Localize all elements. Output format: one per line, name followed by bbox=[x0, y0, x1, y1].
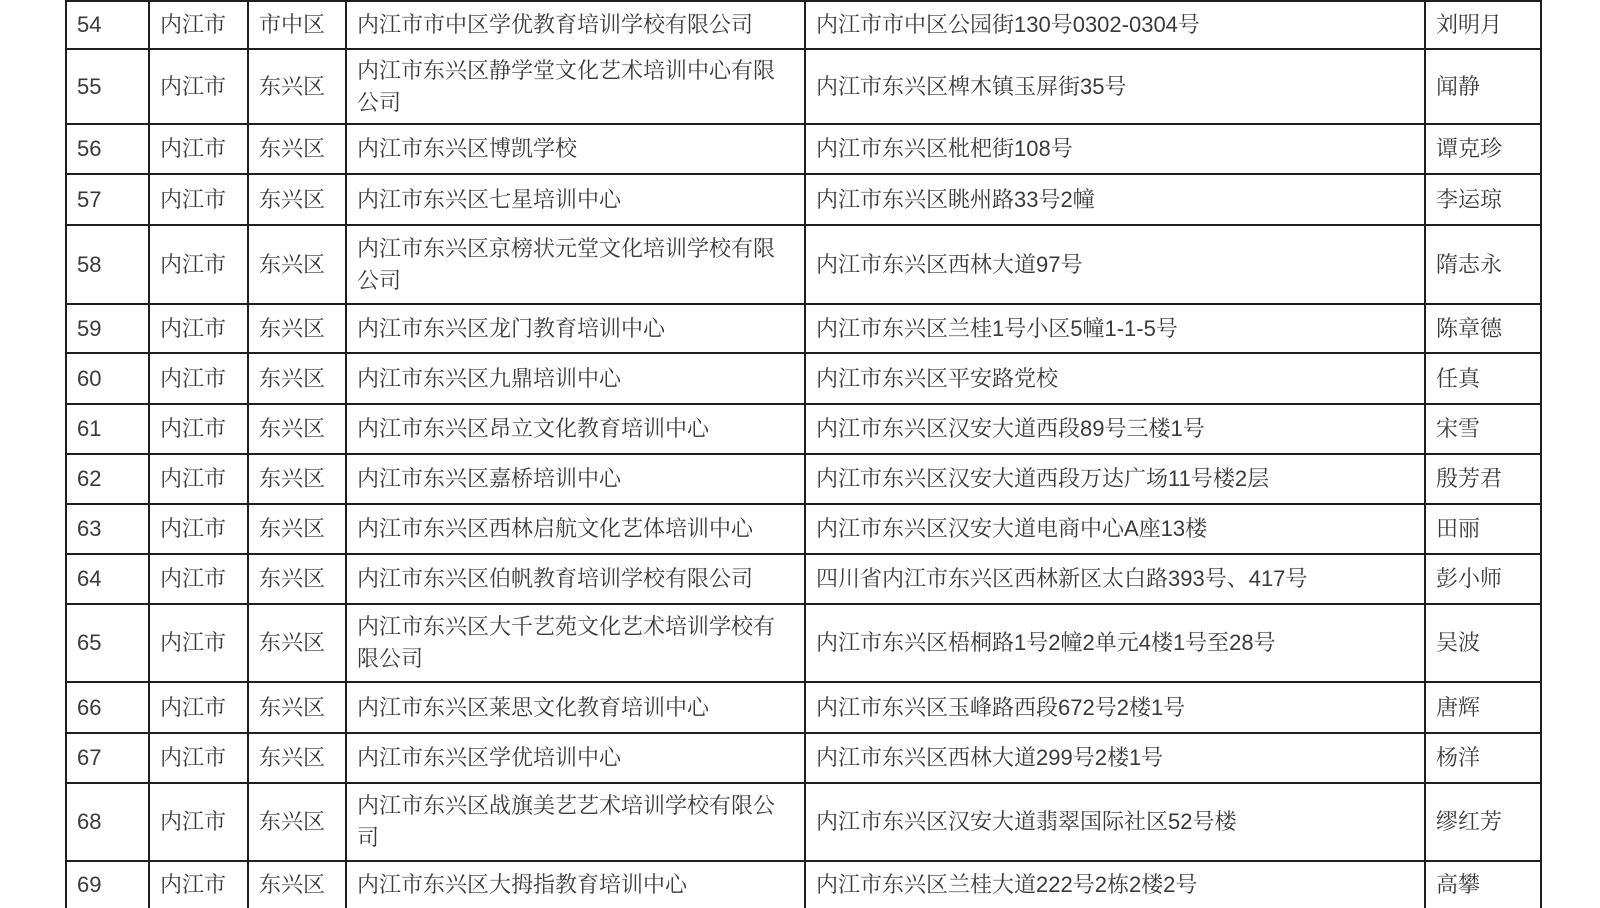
cell-no: 59 bbox=[66, 304, 149, 353]
table-row: 63内江市东兴区内江市东兴区西林启航文化艺体培训中心内江市东兴区汉安大道电商中心… bbox=[66, 504, 1541, 554]
cell-name: 内江市东兴区嘉桥培训中心 bbox=[346, 454, 805, 504]
cell-contact: 李运琼 bbox=[1425, 174, 1541, 225]
cell-address: 内江市东兴区兰桂大道222号2栋2楼2号 bbox=[805, 861, 1425, 908]
table-row: 56内江市东兴区内江市东兴区博凯学校内江市东兴区枇杷街108号谭克珍 bbox=[66, 124, 1541, 174]
table-row: 64内江市东兴区内江市东兴区伯帆教育培训学校有限公司四川省内江市东兴区西林新区太… bbox=[66, 554, 1541, 604]
cell-district: 东兴区 bbox=[248, 174, 346, 225]
cell-city: 内江市 bbox=[149, 49, 248, 124]
cell-contact: 杨洋 bbox=[1425, 733, 1541, 783]
table-row: 60内江市东兴区内江市东兴区九鼎培训中心内江市东兴区平安路党校任真 bbox=[66, 353, 1541, 404]
table-row: 59内江市东兴区内江市东兴区龙门教育培训中心内江市东兴区兰桂1号小区5幢1-1-… bbox=[66, 304, 1541, 353]
cell-city: 内江市 bbox=[149, 304, 248, 353]
cell-name: 内江市东兴区战旗美艺艺术培训学校有限公司 bbox=[346, 783, 805, 861]
cell-district: 东兴区 bbox=[248, 404, 346, 454]
cell-city: 内江市 bbox=[149, 353, 248, 404]
cell-address: 内江市东兴区椑木镇玉屏街35号 bbox=[805, 49, 1425, 124]
cell-name: 内江市东兴区莱思文化教育培训中心 bbox=[346, 682, 805, 733]
cell-address: 内江市东兴区汉安大道电商中心A座13楼 bbox=[805, 504, 1425, 554]
cell-name: 内江市东兴区九鼎培训中心 bbox=[346, 353, 805, 404]
cell-city: 内江市 bbox=[149, 554, 248, 604]
cell-name: 内江市东兴区静学堂文化艺术培训中心有限公司 bbox=[346, 49, 805, 124]
table-row: 62内江市东兴区内江市东兴区嘉桥培训中心内江市东兴区汉安大道西段万达广场11号楼… bbox=[66, 454, 1541, 504]
cell-address: 内江市东兴区枇杷街108号 bbox=[805, 124, 1425, 174]
cell-city: 内江市 bbox=[149, 861, 248, 908]
cell-name: 内江市东兴区昂立文化教育培训中心 bbox=[346, 404, 805, 454]
school-table-body: 54内江市市中区内江市市中区学优教育培训学校有限公司内江市市中区公园街130号0… bbox=[66, 1, 1541, 908]
cell-contact: 吴波 bbox=[1425, 604, 1541, 682]
cell-contact: 陈章德 bbox=[1425, 304, 1541, 353]
cell-city: 内江市 bbox=[149, 225, 248, 304]
cell-district: 东兴区 bbox=[248, 49, 346, 124]
cell-no: 60 bbox=[66, 353, 149, 404]
cell-contact: 彭小师 bbox=[1425, 554, 1541, 604]
cell-district: 东兴区 bbox=[248, 604, 346, 682]
cell-no: 57 bbox=[66, 174, 149, 225]
cell-district: 东兴区 bbox=[248, 124, 346, 174]
cell-city: 内江市 bbox=[149, 504, 248, 554]
cell-city: 内江市 bbox=[149, 404, 248, 454]
cell-no: 54 bbox=[66, 1, 149, 49]
cell-district: 东兴区 bbox=[248, 504, 346, 554]
cell-name: 内江市东兴区京榜状元堂文化培训学校有限公司 bbox=[346, 225, 805, 304]
cell-contact: 宋雪 bbox=[1425, 404, 1541, 454]
cell-contact: 谭克珍 bbox=[1425, 124, 1541, 174]
table-row: 54内江市市中区内江市市中区学优教育培训学校有限公司内江市市中区公园街130号0… bbox=[66, 1, 1541, 49]
table-row: 58内江市东兴区内江市东兴区京榜状元堂文化培训学校有限公司内江市东兴区西林大道9… bbox=[66, 225, 1541, 304]
cell-no: 55 bbox=[66, 49, 149, 124]
cell-name: 内江市市中区学优教育培训学校有限公司 bbox=[346, 1, 805, 49]
cell-city: 内江市 bbox=[149, 1, 248, 49]
cell-name: 内江市东兴区西林启航文化艺体培训中心 bbox=[346, 504, 805, 554]
cell-no: 62 bbox=[66, 454, 149, 504]
cell-contact: 殷芳君 bbox=[1425, 454, 1541, 504]
page: 54内江市市中区内江市市中区学优教育培训学校有限公司内江市市中区公园街130号0… bbox=[0, 0, 1600, 908]
cell-address: 内江市东兴区汉安大道翡翠国际社区52号楼 bbox=[805, 783, 1425, 861]
cell-no: 69 bbox=[66, 861, 149, 908]
cell-district: 东兴区 bbox=[248, 554, 346, 604]
cell-name: 内江市东兴区大千艺苑文化艺术培训学校有限公司 bbox=[346, 604, 805, 682]
cell-city: 内江市 bbox=[149, 454, 248, 504]
cell-no: 61 bbox=[66, 404, 149, 454]
cell-district: 东兴区 bbox=[248, 454, 346, 504]
cell-contact: 缪红芳 bbox=[1425, 783, 1541, 861]
cell-district: 东兴区 bbox=[248, 682, 346, 733]
table-row: 65内江市东兴区内江市东兴区大千艺苑文化艺术培训学校有限公司内江市东兴区梧桐路1… bbox=[66, 604, 1541, 682]
cell-name: 内江市东兴区七星培训中心 bbox=[346, 174, 805, 225]
table-row: 61内江市东兴区内江市东兴区昂立文化教育培训中心内江市东兴区汉安大道西段89号三… bbox=[66, 404, 1541, 454]
cell-contact: 唐辉 bbox=[1425, 682, 1541, 733]
cell-contact: 任真 bbox=[1425, 353, 1541, 404]
cell-contact: 隋志永 bbox=[1425, 225, 1541, 304]
cell-address: 内江市东兴区平安路党校 bbox=[805, 353, 1425, 404]
cell-district: 东兴区 bbox=[248, 225, 346, 304]
cell-city: 内江市 bbox=[149, 124, 248, 174]
table-row: 55内江市东兴区内江市东兴区静学堂文化艺术培训中心有限公司内江市东兴区椑木镇玉屏… bbox=[66, 49, 1541, 124]
cell-address: 内江市东兴区汉安大道西段万达广场11号楼2层 bbox=[805, 454, 1425, 504]
cell-contact: 闻静 bbox=[1425, 49, 1541, 124]
cell-name: 内江市东兴区龙门教育培训中心 bbox=[346, 304, 805, 353]
training-school-table: 54内江市市中区内江市市中区学优教育培训学校有限公司内江市市中区公园街130号0… bbox=[65, 0, 1542, 908]
cell-district: 市中区 bbox=[248, 1, 346, 49]
cell-contact: 田丽 bbox=[1425, 504, 1541, 554]
cell-city: 内江市 bbox=[149, 733, 248, 783]
cell-address: 内江市市中区公园街130号0302-0304号 bbox=[805, 1, 1425, 49]
cell-address: 四川省内江市东兴区西林新区太白路393号、417号 bbox=[805, 554, 1425, 604]
cell-address: 内江市东兴区眺州路33号2幢 bbox=[805, 174, 1425, 225]
cell-no: 56 bbox=[66, 124, 149, 174]
cell-no: 64 bbox=[66, 554, 149, 604]
cell-no: 67 bbox=[66, 733, 149, 783]
cell-city: 内江市 bbox=[149, 783, 248, 861]
cell-city: 内江市 bbox=[149, 682, 248, 733]
cell-name: 内江市东兴区大拇指教育培训中心 bbox=[346, 861, 805, 908]
cell-name: 内江市东兴区伯帆教育培训学校有限公司 bbox=[346, 554, 805, 604]
cell-address: 内江市东兴区西林大道97号 bbox=[805, 225, 1425, 304]
cell-address: 内江市东兴区汉安大道西段89号三楼1号 bbox=[805, 404, 1425, 454]
cell-name: 内江市东兴区博凯学校 bbox=[346, 124, 805, 174]
cell-no: 66 bbox=[66, 682, 149, 733]
cell-address: 内江市东兴区梧桐路1号2幢2单元4楼1号至28号 bbox=[805, 604, 1425, 682]
table-row: 67内江市东兴区内江市东兴区学优培训中心内江市东兴区西林大道299号2楼1号杨洋 bbox=[66, 733, 1541, 783]
cell-address: 内江市东兴区兰桂1号小区5幢1-1-5号 bbox=[805, 304, 1425, 353]
cell-address: 内江市东兴区西林大道299号2楼1号 bbox=[805, 733, 1425, 783]
cell-district: 东兴区 bbox=[248, 353, 346, 404]
table-row: 68内江市东兴区内江市东兴区战旗美艺艺术培训学校有限公司内江市东兴区汉安大道翡翠… bbox=[66, 783, 1541, 861]
cell-address: 内江市东兴区玉峰路西段672号2楼1号 bbox=[805, 682, 1425, 733]
cell-district: 东兴区 bbox=[248, 861, 346, 908]
cell-no: 68 bbox=[66, 783, 149, 861]
cell-no: 63 bbox=[66, 504, 149, 554]
cell-district: 东兴区 bbox=[248, 733, 346, 783]
table-row: 57内江市东兴区内江市东兴区七星培训中心内江市东兴区眺州路33号2幢李运琼 bbox=[66, 174, 1541, 225]
table-row: 66内江市东兴区内江市东兴区莱思文化教育培训中心内江市东兴区玉峰路西段672号2… bbox=[66, 682, 1541, 733]
cell-district: 东兴区 bbox=[248, 304, 346, 353]
cell-district: 东兴区 bbox=[248, 783, 346, 861]
cell-city: 内江市 bbox=[149, 174, 248, 225]
cell-city: 内江市 bbox=[149, 604, 248, 682]
cell-no: 58 bbox=[66, 225, 149, 304]
cell-contact: 高攀 bbox=[1425, 861, 1541, 908]
table-row: 69内江市东兴区内江市东兴区大拇指教育培训中心内江市东兴区兰桂大道222号2栋2… bbox=[66, 861, 1541, 908]
cell-contact: 刘明月 bbox=[1425, 1, 1541, 49]
cell-no: 65 bbox=[66, 604, 149, 682]
cell-name: 内江市东兴区学优培训中心 bbox=[346, 733, 805, 783]
